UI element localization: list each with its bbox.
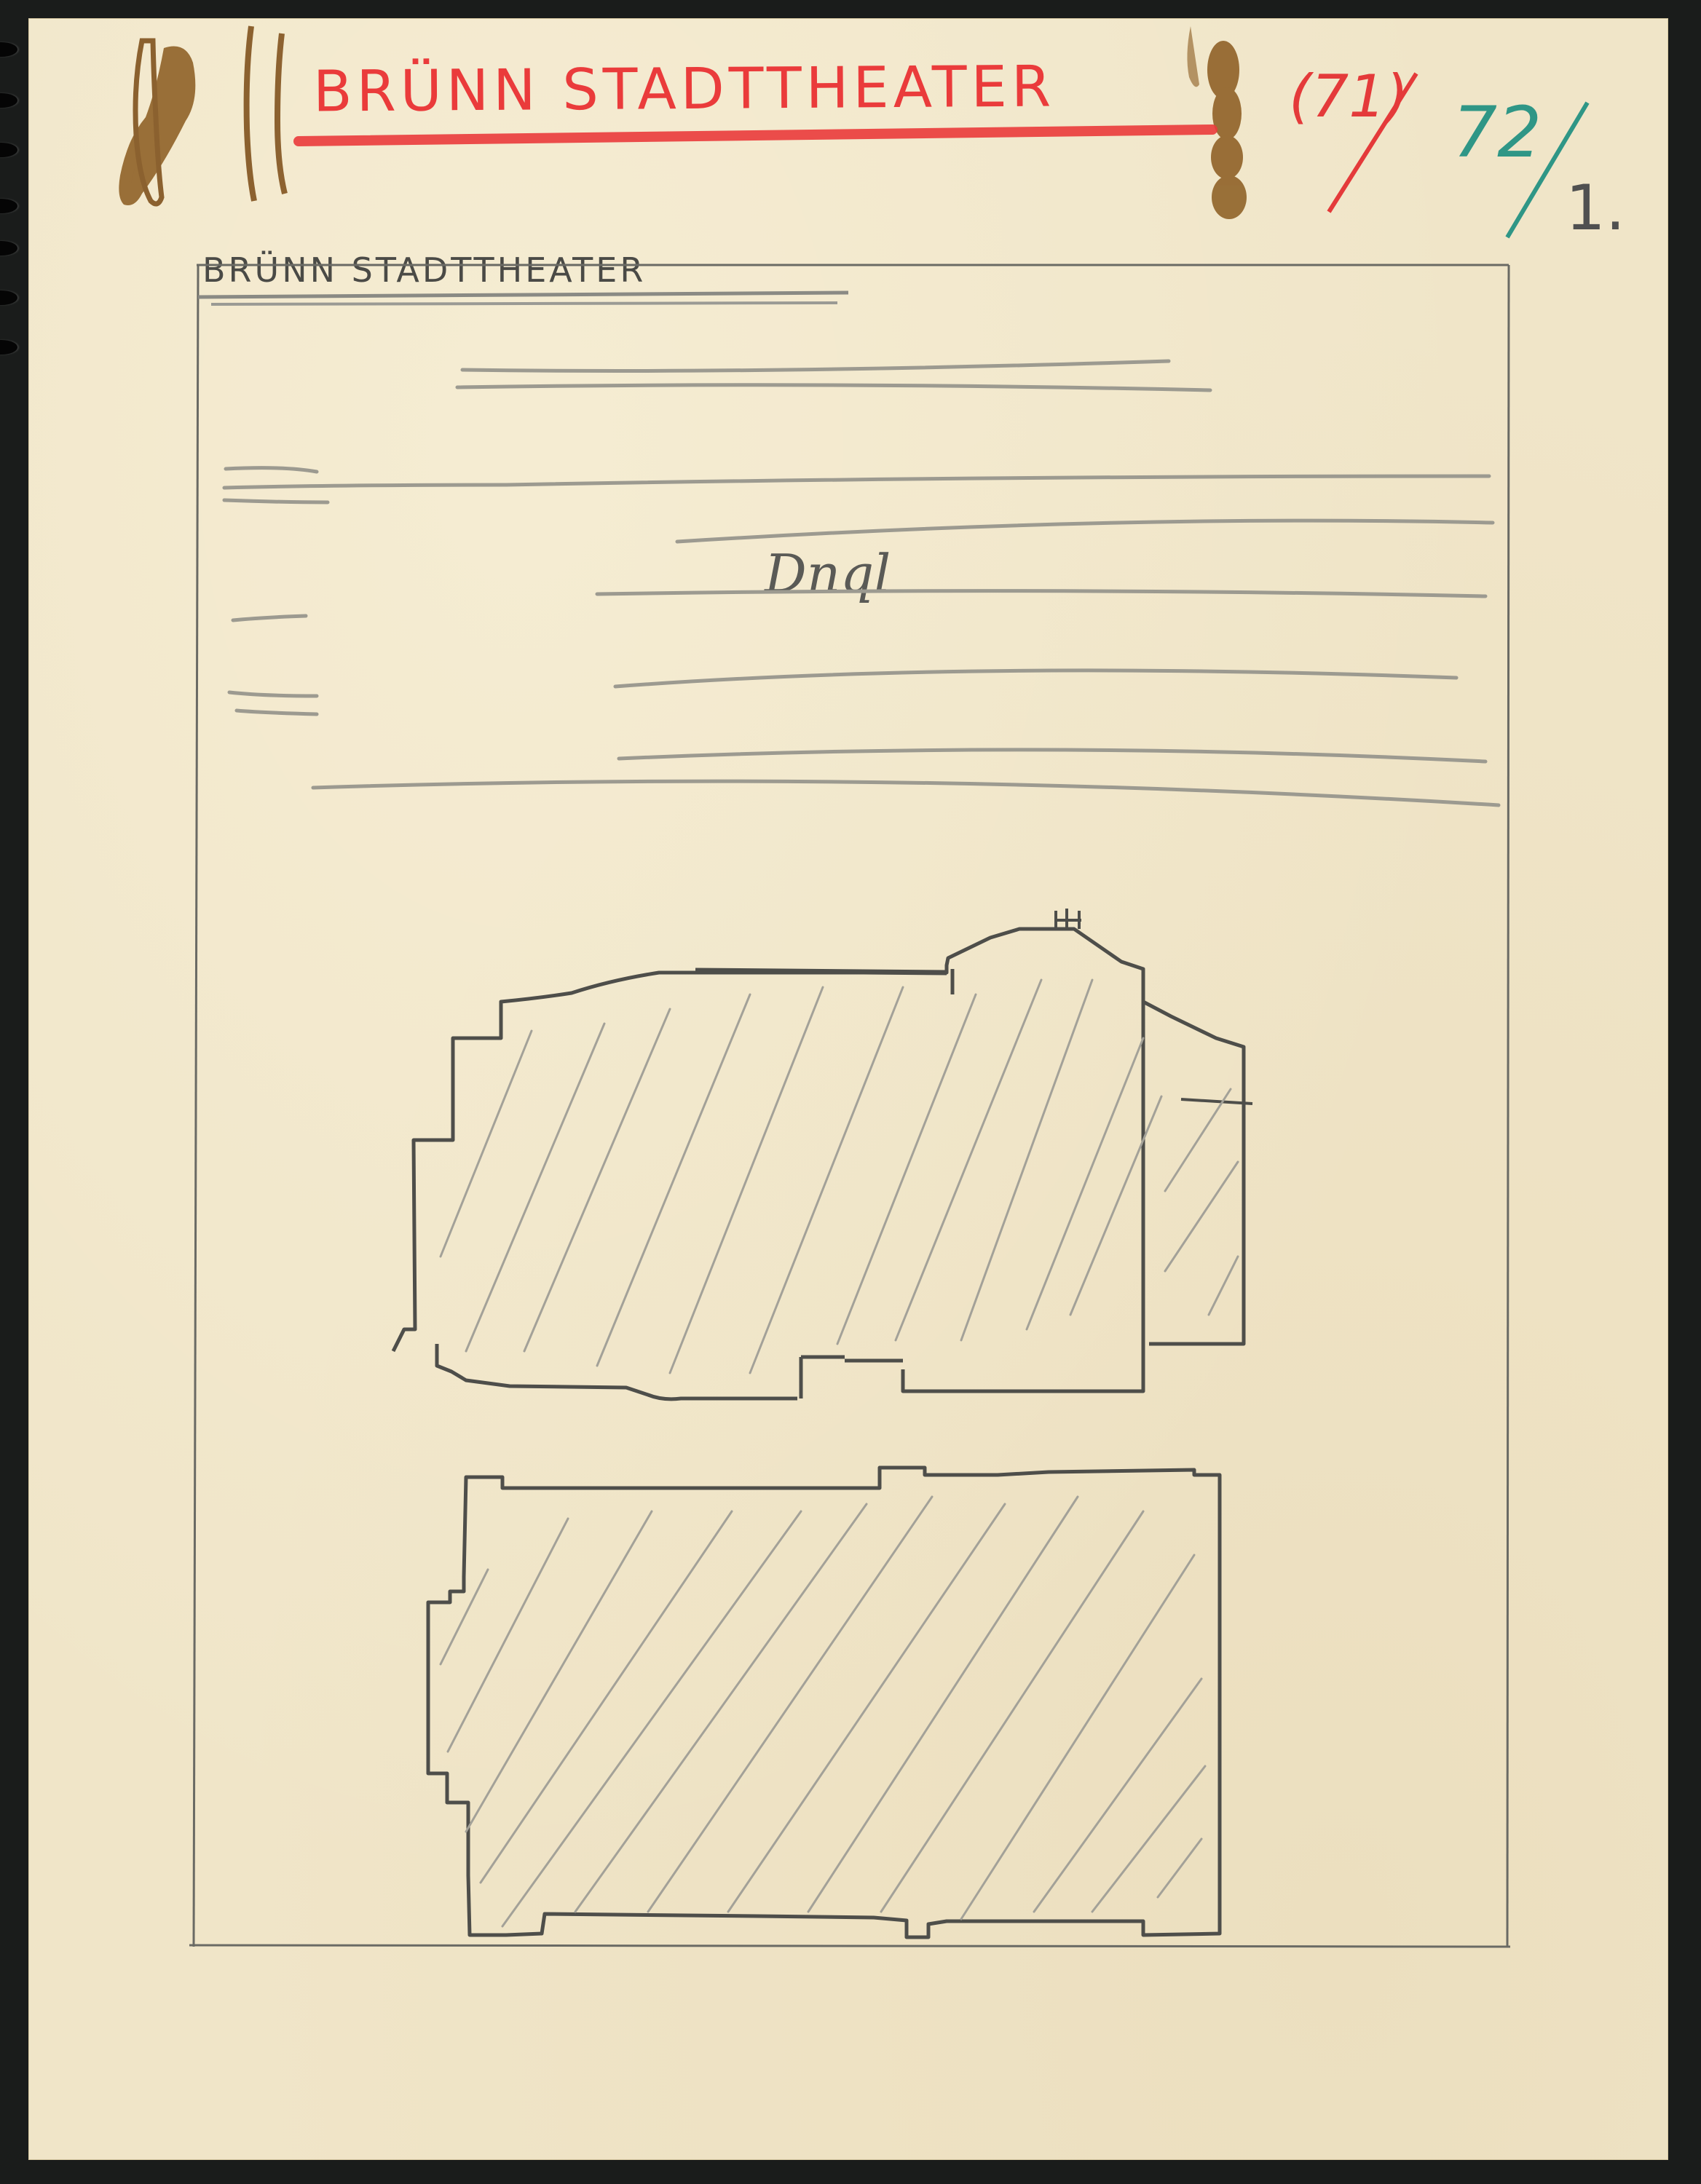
plan-hatching xyxy=(441,1497,1205,1926)
red-underline xyxy=(299,130,1212,141)
binder-hole xyxy=(0,42,17,57)
binder-hole xyxy=(0,143,17,157)
paper-sheet: BRÜNN STADTTHEATER (71) 72 1. BRÜNN STAD… xyxy=(29,19,1668,2159)
elevation-drawing xyxy=(393,909,1252,1399)
binder-hole xyxy=(0,340,17,355)
binder-hole xyxy=(0,199,17,213)
rust-stains xyxy=(119,26,1247,219)
elevation-hatching xyxy=(441,980,1238,1373)
placeholder-text-lines xyxy=(224,361,1499,805)
drawing-frame xyxy=(189,265,1510,1947)
binder-hole xyxy=(0,93,17,108)
binder-hole xyxy=(0,290,17,305)
binder-hole xyxy=(0,241,17,256)
drawing-canvas xyxy=(29,19,1668,2159)
